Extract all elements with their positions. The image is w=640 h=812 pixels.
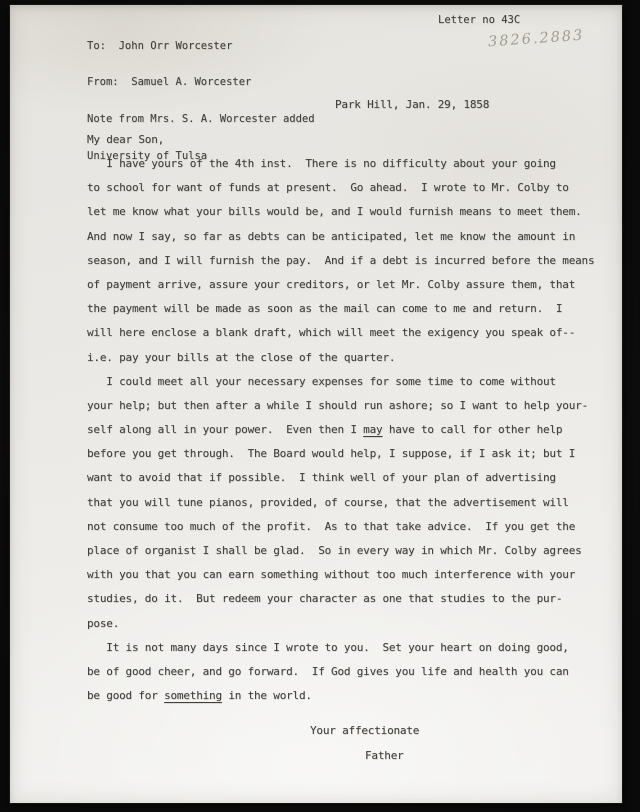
signature-line: Father [365, 749, 404, 762]
letter-number-label: Letter no 43C [438, 14, 520, 26]
letter-line: be of good cheer, and go forward. If God… [87, 660, 594, 684]
letter-line: season, and I will furnish the pay. And … [87, 249, 594, 273]
letter-line: the payment will be made as soon as the … [87, 297, 594, 321]
letter-line: will here enclose a blank draft, which w… [87, 321, 594, 345]
letter-line: pose. [87, 612, 594, 636]
letter-line: not consume too much of the profit. As t… [87, 515, 594, 539]
letter-body: I have yours of the 4th inst. There is n… [87, 152, 594, 708]
dateline: Park Hill, Jan. 29, 1858 [335, 98, 489, 111]
archive-to-line: To: John Orr Worcester [87, 40, 315, 52]
archive-note-line: Note from Mrs. S. A. Worcester added [87, 113, 315, 125]
letter-line: of payment arrive, assure your creditors… [87, 273, 594, 297]
letter-line: self along all in your power. Even then … [87, 418, 594, 442]
page-background: To: John Orr Worcester From: Samuel A. W… [0, 0, 640, 812]
letter-line: I have yours of the 4th inst. There is n… [87, 152, 594, 176]
letter-line: be good for something in the world. [87, 684, 594, 708]
letter-line: your help; but then after a while I shou… [87, 394, 594, 418]
letter-line: I could meet all your necessary expenses… [87, 370, 594, 394]
closing-line: Your affectionate [310, 724, 419, 737]
letter-line: And now I say, so far as debts can be an… [87, 225, 594, 249]
letter-line: i.e. pay your bills at the close of the … [87, 346, 594, 370]
letter-scan: To: John Orr Worcester From: Samuel A. W… [10, 5, 622, 803]
letter-line: want to avoid that if possible. I think … [87, 466, 594, 490]
archive-from-line: From: Samuel A. Worcester [87, 76, 315, 88]
letter-line: before you get through. The Board would … [87, 442, 594, 466]
letter-line: let me know what your bills would be, an… [87, 200, 594, 224]
letter-line: studies, do it. But redeem your characte… [87, 587, 594, 611]
letter-line: place of organist I shall be glad. So in… [87, 539, 594, 563]
letter-line: with you that you can earn something wit… [87, 563, 594, 587]
catalog-number-handwritten: 3826.2883 [488, 28, 585, 51]
letter-line: that you will tune pianos, provided, of … [87, 491, 594, 515]
letter-line: to school for want of funds at present. … [87, 176, 594, 200]
letter-line: It is not many days since I wrote to you… [87, 636, 594, 660]
salutation: My dear Son, [87, 133, 164, 146]
